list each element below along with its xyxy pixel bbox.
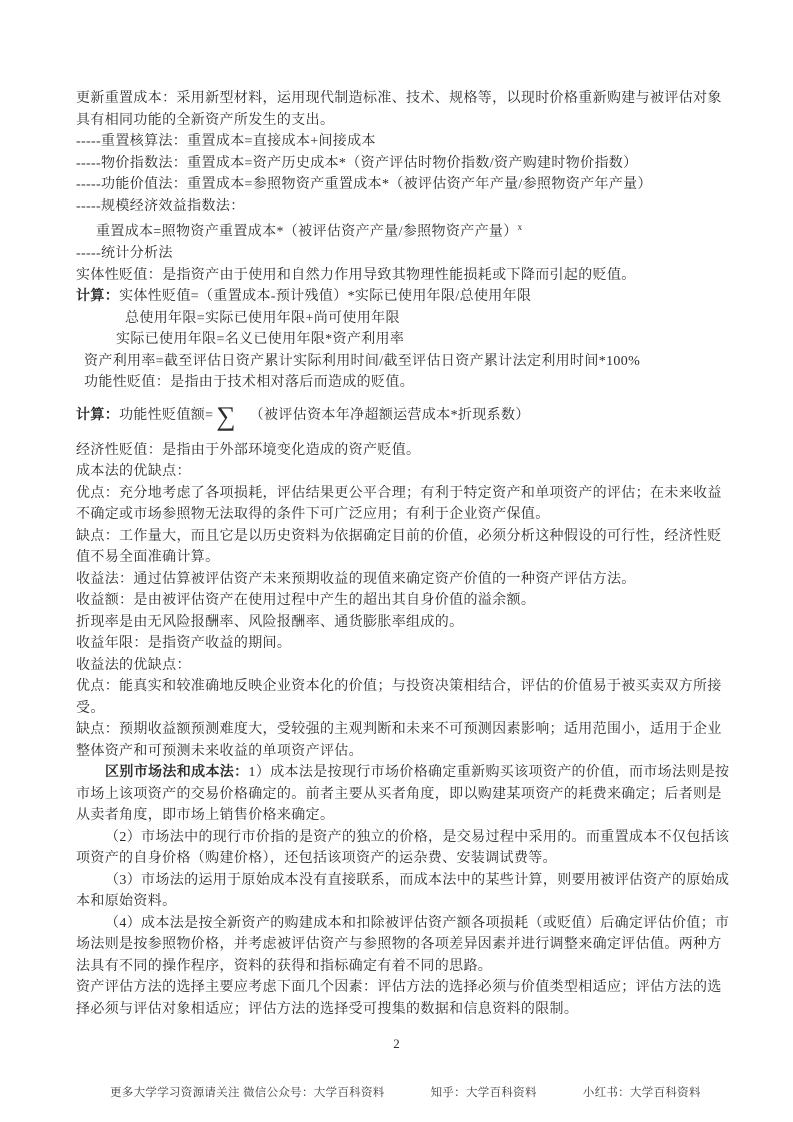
- formula-lhs: 功能性贬值额=: [119, 401, 213, 431]
- footer-wechat-note: 更多大学学习资源请关注 微信公众号：大学百科资料: [110, 1084, 385, 1100]
- section-heading-label: 区别市场法和成本法：: [105, 765, 249, 780]
- doc-line: 缺点：预期收益额预测难度大，受较强的主观判断和未来不可预测因素影响；适用范围小，…: [76, 719, 722, 741]
- doc-line-calc: 计算：实体性贬值=（重置成本-预计残值）*实际已使用年限/总使用年限: [76, 286, 722, 308]
- superscript-x: x: [518, 222, 523, 232]
- document-body: 更新重置成本：采用新型材料，运用现代制造标准、技术、规格等，以现时价格重新购建与…: [76, 88, 722, 1020]
- doc-line: 实体性贬值：是指资产由于使用和自然力作用导致其物理性能损耗或下降而引起的贬值。: [76, 265, 722, 287]
- doc-line: （4）成本法是按全新资产的购建成本和扣除被评估资产额各项损耗（或贬值）后确定评估…: [76, 913, 722, 935]
- doc-line: （3）市场法的运用于原始成本没有直接联系，而成本法中的某些计算，则要用被评估资产…: [76, 870, 722, 892]
- doc-line-sigma-formula: 计算：功能性贬值额=∑（被评估资本年净超额运营成本*折现系数）: [76, 401, 722, 431]
- doc-line: 成本法的优缺点：: [76, 461, 722, 483]
- doc-line: -----统计分析法: [76, 243, 722, 265]
- doc-line: 功能性贬值：是指由于技术相对落后而造成的贬值。: [76, 372, 722, 394]
- doc-line: 项资产的自身价格（购建价格），还包括该项资产的运杂费、安装调试费等。: [76, 848, 722, 870]
- doc-line: -----物价指数法：重置成本=资产历史成本*（资产评估时物价指数/资产购建时物…: [76, 153, 722, 175]
- doc-line: -----规模经济效益指数法：: [76, 196, 722, 218]
- doc-line: 缺点：工作量大，而且它是以历史资料为依据确定目前的价值，必须分析这种假设的可行性…: [76, 526, 722, 548]
- calc-label: 计算：: [76, 401, 119, 431]
- doc-line: 收益法：通过估算被评估资产未来预期收益的现值来确定资产价值的一种资产评估方法。: [76, 569, 722, 591]
- doc-line: 收益额：是由被评估资产在使用过程中产生的超出其自身价值的溢余额。: [76, 590, 722, 612]
- doc-line: 优点：能真实和较准确地反映企业资本化的价值；与投资决策相结合，评估的价值易于被买…: [76, 676, 722, 698]
- doc-line: 择必须与评估对象相适应；评估方法的选择受可搜集的数据和信息资料的限制。: [76, 999, 722, 1021]
- sigma-symbol: ∑: [216, 401, 235, 431]
- page-number: 2: [0, 1036, 793, 1052]
- doc-line: 场法则是按参照物价格，并考虑被评估资产与参照物的各项差异因素并进行调整来确定评估…: [76, 934, 722, 956]
- doc-line: 法具有不同的操作程序，资料的获得和指标确定有着不同的思路。: [76, 956, 722, 978]
- formula-text: 重置成本=照物资产重置成本*（被评估资产产量/参照物资产产量）: [96, 225, 518, 240]
- doc-line: 资产利用率=截至评估日资产累计实际利用时间/截至评估日资产累计法定利用时间*10…: [76, 351, 722, 373]
- doc-line: 收益法的优缺点：: [76, 655, 722, 677]
- doc-line: 具有相同功能的全新资产所发生的支出。: [76, 110, 722, 132]
- doc-line: 实际已使用年限=名义已使用年限*资产利用率: [76, 329, 722, 351]
- doc-line: 值不易全面准确计算。: [76, 547, 722, 569]
- formula-rhs: （被评估资本年净超额运营成本*折现系数）: [250, 401, 530, 431]
- doc-line: 总使用年限=实际已使用年限+尚可使用年限: [76, 308, 722, 330]
- footer-zhihu-note: 知乎：大学百科资料: [431, 1084, 537, 1100]
- doc-line: 收益年限：是指资产收益的期间。: [76, 633, 722, 655]
- doc-line: 资产评估方法的选择主要应考虑下面几个因素：评估方法的选择必须与价值类型相适应；评…: [76, 977, 722, 999]
- doc-line: 从卖者角度，即市场上销售价格来确定。: [76, 805, 722, 827]
- doc-line: 优点：充分地考虑了各项损耗，评估结果更公平合理；有利于特定资产和单项资产的评估；…: [76, 483, 722, 505]
- doc-line: 市场上该项资产的交易价格确定的。前者主要从买者角度，即以购建某项资产的耗费来确定…: [76, 784, 722, 806]
- doc-line-formula-exponent: 重置成本=照物资产重置成本*（被评估资产产量/参照物资产产量）x: [76, 217, 722, 243]
- doc-line: 本和原始资料。: [76, 891, 722, 913]
- document-page: 更新重置成本：采用新型材料，运用现代制造标准、技术、规格等，以现时价格重新购建与…: [0, 0, 793, 1122]
- doc-line: （2）市场法中的现行市价指的是资产的独立的价格，是交易过程中采用的。而重置成本不…: [76, 827, 722, 849]
- doc-line: 折现率是由无风险报酬率、风险报酬率、通货膨胀率组成的。: [76, 612, 722, 634]
- doc-line-section-heading: 区别市场法和成本法：1）成本法是按现行市场价格确定重新购买该项资产的价值，而市场…: [76, 762, 722, 784]
- calc-body: 实体性贬值=（重置成本-预计残值）*实际已使用年限/总使用年限: [119, 289, 531, 304]
- calc-label: 计算：: [76, 289, 119, 304]
- doc-line: -----功能价值法：重置成本=参照物资产重置成本*（被评估资产年产量/参照物资…: [76, 174, 722, 196]
- doc-line: 受。: [76, 698, 722, 720]
- footer: 更多大学学习资源请关注 微信公众号：大学百科资料 知乎：大学百科资料 小红书：大…: [110, 1084, 701, 1100]
- doc-line: 不确定或市场参照物无法取得的条件下可广泛应用；有利于企业资产保值。: [76, 504, 722, 526]
- doc-line: 更新重置成本：采用新型材料，运用现代制造标准、技术、规格等，以现时价格重新购建与…: [76, 88, 722, 110]
- footer-xiaohongshu-note: 小红书：大学百科资料: [583, 1084, 701, 1100]
- doc-line: 整体资产和可预测未来收益的单项资产评估。: [76, 741, 722, 763]
- doc-line: -----重置核算法：重置成本=直接成本+间接成本: [76, 131, 722, 153]
- doc-line: 经济性贬值：是指由于外部环境变化造成的资产贬值。: [76, 440, 722, 462]
- section-body: 1）成本法是按现行市场价格确定重新购买该项资产的价值，而市场法则是按: [249, 765, 730, 780]
